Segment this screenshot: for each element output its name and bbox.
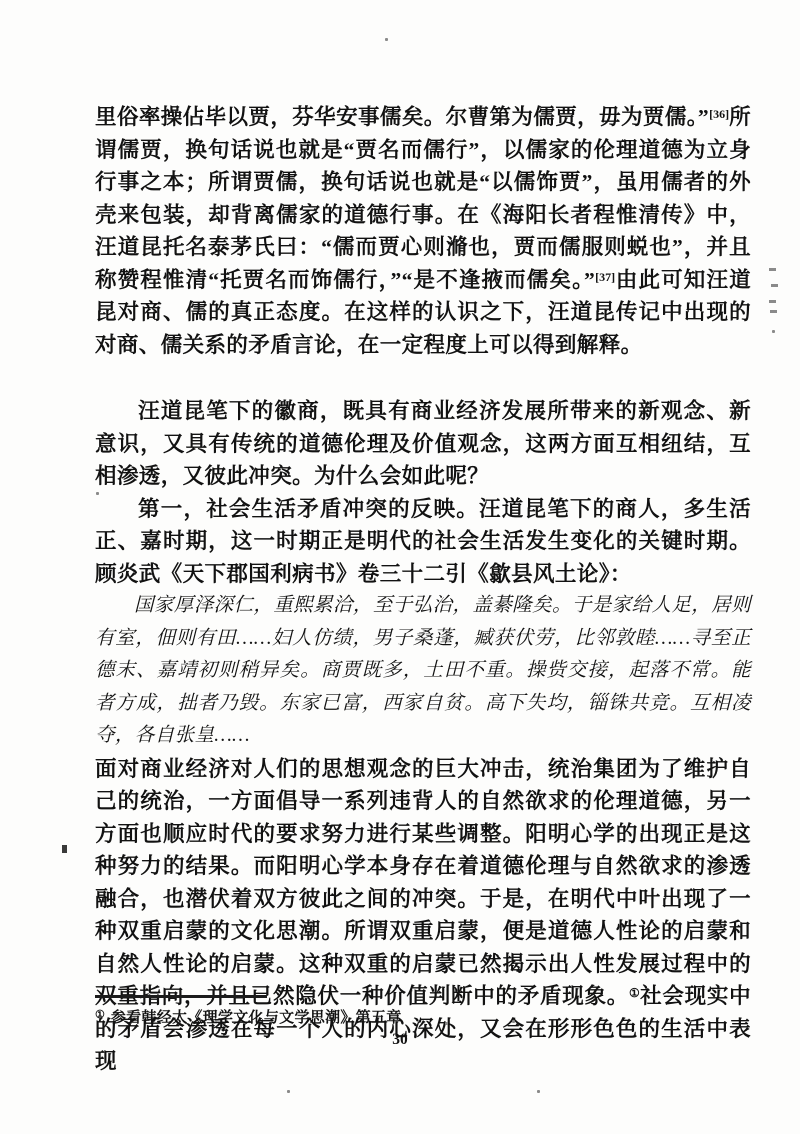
paragraph-shuangchong-qimeng: 面对商业经济对人们的思想观念的巨大冲击，统治集团为了维护自己的统治，一方面倡导一… <box>95 753 751 1078</box>
scan-artifact <box>287 1090 290 1093</box>
footnote-ref: [36] <box>709 107 729 121</box>
paragraph-quote-shexian-fengtulun: 国家厚泽深仁，重熙累洽，至于弘治，盖綦隆矣。于是家给人足，居则有室，佃则有田……… <box>95 590 751 753</box>
scan-artifact <box>769 300 776 303</box>
scan-artifact <box>771 284 778 287</box>
scan-artifact <box>772 330 775 333</box>
scan-artifact <box>537 1090 540 1093</box>
footnote-divider <box>95 995 267 998</box>
footnote-text: 参看韩经太《理学文化与文学思潮》第五章 <box>111 1010 402 1026</box>
scan-artifact <box>96 492 99 495</box>
scan-artifact <box>445 1022 448 1025</box>
footnote: ①参看韩经太《理学文化与文学思潮》第五章 <box>95 1006 751 1027</box>
scan-artifact <box>62 845 67 853</box>
footnote-ref: [37] <box>595 270 615 284</box>
scan-artifact <box>769 268 776 271</box>
scan-artifact <box>385 38 388 41</box>
scan-artifact <box>770 310 777 313</box>
scanned-page: 里俗率操佔毕以贾，芬华安事儒矣。尔曹第为儒贾，毋为贾儒。”[36]所谓儒贾，换句… <box>0 0 800 1134</box>
paragraph-ru-jia-gu-ru: 里俗率操佔毕以贾，芬华安事儒矣。尔曹第为儒贾，毋为贾儒。”[36]所谓儒贾，换句… <box>95 101 751 361</box>
footnote-marker: ① <box>95 1009 105 1021</box>
paragraph-huishang-guannian: 汪道昆笔下的徽商，既具有商业经济发展所带来的新观念、新意识，又具有传统的道德伦理… <box>95 395 751 493</box>
paragraph-diyi-shehui-shenghuo: 第一，社会生活矛盾冲突的反映。汪道昆笔下的商人，多生活正、嘉时期，这一时期正是明… <box>95 493 751 591</box>
page-number: 30 <box>0 1031 800 1049</box>
scan-artifact <box>512 1020 515 1023</box>
main-text-block: 里俗率操佔毕以贾，芬华安事儒矣。尔曹第为儒贾，毋为贾儒。”[36]所谓儒贾，换句… <box>95 101 751 1078</box>
footnote-area: ①参看韩经太《理学文化与文学思潮》第五章 <box>95 995 751 1027</box>
